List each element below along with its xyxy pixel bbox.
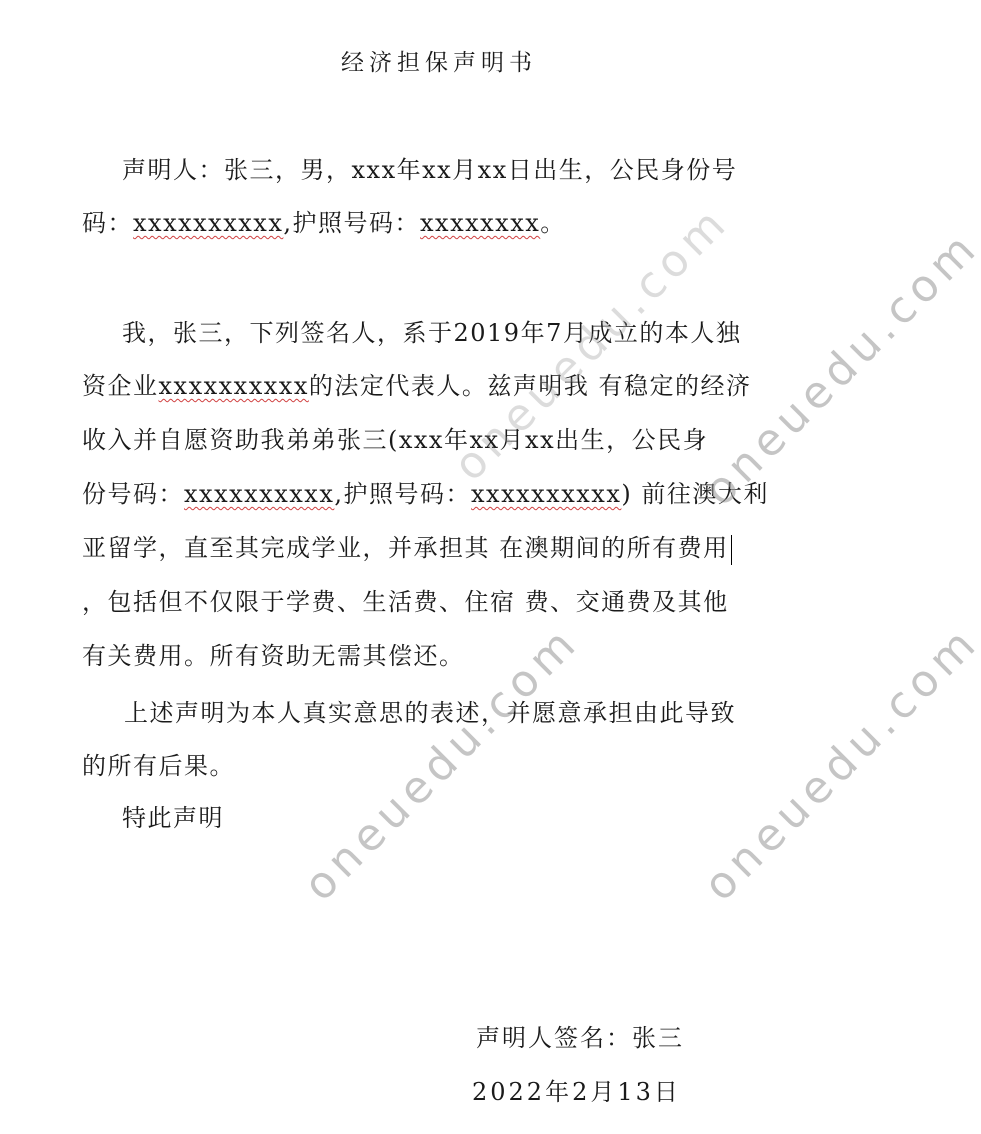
body-line-4: 份号码：xxxxxxxxxx,护照号码：xxxxxxxxxx) 前往澳大利 <box>82 479 769 509</box>
text-fragment: 资企业 <box>82 372 159 400</box>
text-fragment: ) 前往澳大利 <box>621 480 769 508</box>
body-line-2: 资企业xxxxxxxxxx的法定代表人。兹声明我 有稳定的经济 <box>82 371 752 401</box>
statement-line-1: 上述声明为本人真实意思的表述，并愿意承担由此导致 <box>124 698 736 728</box>
id-number-placeholder[interactable]: xxxxxxxxxx <box>133 209 283 237</box>
declarant-line-2: 码：xxxxxxxxxx,护照号码：xxxxxxxx。 <box>82 208 566 238</box>
signature-date: 2022年2月13日 <box>472 1072 681 1107</box>
company-name-placeholder[interactable]: xxxxxxxxxx <box>159 372 309 400</box>
body-line-7: 有关费用。所有资助无需其偿还。 <box>82 641 465 671</box>
statement-line-2: 的所有后果。 <box>82 751 235 781</box>
text-cursor <box>731 535 732 565</box>
text-fragment: 。 <box>540 209 566 237</box>
body-line-1: 我，张三，下列签名人，系于2019年7月成立的本人独 <box>122 318 741 348</box>
closing-text: 特此声明 <box>122 803 224 833</box>
watermark-text: oneuedu.com <box>694 616 981 911</box>
declarant-line-1: 声明人：张三，男，xxx年xx月xx日出生，公民身份号 <box>122 155 737 185</box>
document-title: 经济担保声明书 <box>0 44 878 77</box>
body-line-5: 亚留学，直至其完成学业，并承担其 在澳期间的所有费用 <box>82 533 732 565</box>
body-line-3: 收入并自愿资助我弟弟张三(xxx年xx月xx出生，公民身 <box>82 425 708 455</box>
text-fragment: ,护照号码： <box>283 209 420 237</box>
text-fragment: 的法定代表人。兹声明我 有稳定的经济 <box>309 372 752 400</box>
signature-label: 声明人签名：张三 <box>476 1018 684 1053</box>
brother-passport-placeholder[interactable]: xxxxxxxxxx <box>471 480 621 508</box>
passport-number-placeholder[interactable]: xxxxxxxx <box>420 209 540 237</box>
text-fragment: 码： <box>82 209 133 237</box>
watermark-text: oneuedu.com <box>694 221 981 516</box>
brother-id-placeholder[interactable]: xxxxxxxxxx <box>184 480 334 508</box>
body-line-6: ，包括但不仅限于学费、生活费、住宿 费、交通费及其他 <box>82 587 729 617</box>
text-fragment: 亚留学，直至其完成学业，并承担其 在澳期间的所有费用 <box>82 534 729 562</box>
text-fragment: 份号码： <box>82 480 184 508</box>
text-fragment: ,护照号码： <box>334 480 471 508</box>
